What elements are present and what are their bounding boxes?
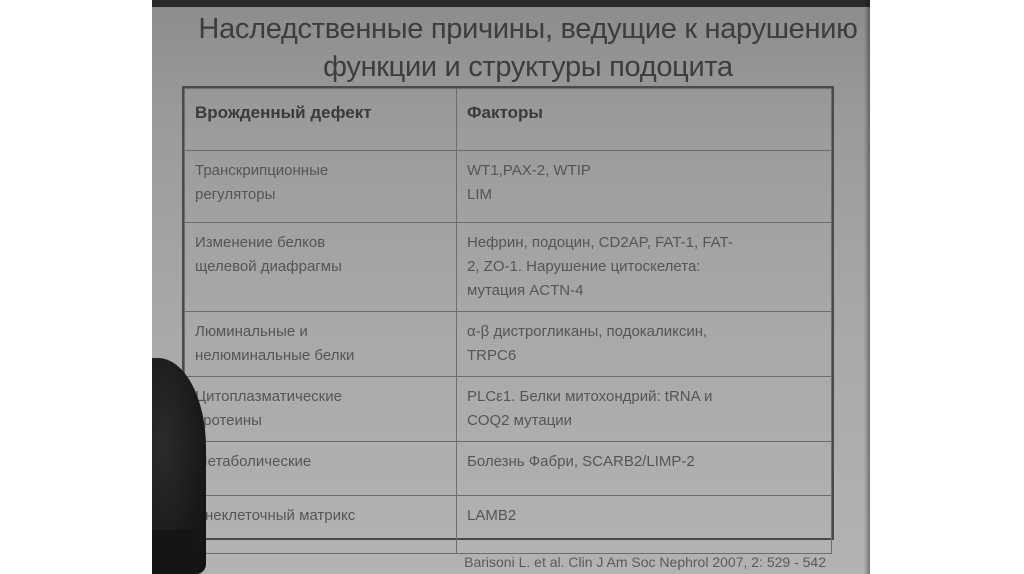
defect-cell: Люминальные и нелюминальные белки: [185, 312, 457, 377]
table-row: Метаболические Болезнь Фабри, SCARB2/LIM…: [185, 442, 832, 496]
table-header-row: Врожденный дефект Факторы: [185, 89, 832, 151]
defect-cell: Транскрипционные регуляторы: [185, 151, 457, 223]
factors-cell: WT1,PAX-2, WTIP LIM: [457, 151, 832, 223]
defect-cell: Внеклеточный матрикс: [185, 496, 457, 554]
table-row: Транскрипционные регуляторы WT1,PAX-2, W…: [185, 151, 832, 223]
factors-cell: LAMB2: [457, 496, 832, 554]
slide-title: Наследственные причины, ведущие к наруше…: [188, 10, 868, 86]
factors-cell: α-β дистрогликаны, подокаликсин, TRPC6: [457, 312, 832, 377]
defect-cell: Цитоплазматические протеины: [185, 377, 457, 442]
factors-cell: Нефрин, подоцин, CD2AP, FAT-1, FAT- 2, Z…: [457, 223, 832, 312]
table-row: Внеклеточный матрикс LAMB2: [185, 496, 832, 554]
factors-cell: PLCε1. Белки митохондрий: tRNA и COQ2 му…: [457, 377, 832, 442]
factors-cell: Болезнь Фабри, SCARB2/LIMP-2: [457, 442, 832, 496]
citation: Barisoni L. et al. Clin J Am Soc Nephrol…: [464, 554, 826, 570]
header-defect: Врожденный дефект: [185, 89, 457, 151]
presenter-silhouette-shoulder: [152, 530, 198, 574]
defect-cell: Метаболические: [185, 442, 457, 496]
slide-photo: Наследственные причины, ведущие к наруше…: [152, 0, 870, 574]
defects-table: Врожденный дефект Факторы Транскрипционн…: [182, 86, 834, 540]
defect-cell: Изменение белков щелевой диафрагмы: [185, 223, 457, 312]
table-row: Цитоплазматические протеины PLCε1. Белки…: [185, 377, 832, 442]
table-row: Изменение белков щелевой диафрагмы Нефри…: [185, 223, 832, 312]
table-row: Люминальные и нелюминальные белки α-β ди…: [185, 312, 832, 377]
header-factors: Факторы: [457, 89, 832, 151]
